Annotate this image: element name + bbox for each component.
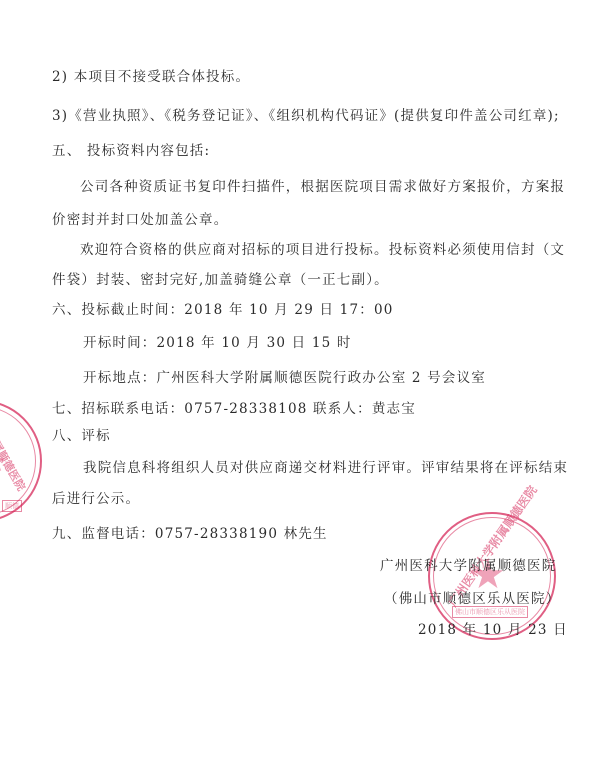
left-seal-label: 顺德 [2,500,22,512]
paragraph-3-line-2: 后进行公示。 [52,489,140,509]
signature-date: 2018 年 10 月 23 日 [418,620,568,640]
opening-place: 开标地点：广州医科大学附属顺德医院行政办公室 2 号会议室 [83,368,486,388]
left-seal-star-icon: ★ [0,445,7,478]
opening-time: 开标时间：2018 年 10 月 30 日 15 时 [83,333,352,353]
signature-org-alias: （佛山市顺德区乐从医院） [384,589,560,609]
section-9-supervision: 九、监督电话：0757-28338190 林先生 [52,524,328,544]
section-5-heading: 五、 投标资料内容包括: [52,141,210,161]
paragraph-1-line-2: 价密封并封口处加盖公章。 [52,210,228,230]
paragraph-1-line-1: 公司各种资质证书复印件扫描件，根据医院项目需求做好方案报价，方案报 [80,177,565,197]
section-6-deadline: 六、投标截止时间：2018 年 10 月 29 日 17：00 [52,300,394,320]
item-3: 3)《营业执照》、《税务登记证》、《组织机构代码证》(提供复印件盖公司红章); [52,106,560,126]
paragraph-3-line-1: 我院信息科将组织人员对供应商递交材料进行评审。评审结果将在评标结束 [83,458,568,478]
section-7-contact: 七、招标联系电话：0757-28338108 联系人：黄志宝 [52,399,416,419]
section-8-heading: 八、评标 [52,426,111,446]
item-2: 2) 本项目不接受联合体投标。 [52,67,250,87]
paragraph-2-line-1: 欢迎符合资格的供应商对招标的项目进行投标。投标资料必须使用信封（文 [80,240,565,260]
signature-org: 广州医科大学附属顺德医院 [380,556,556,576]
paragraph-2-line-2: 件袋）封装、密封完好,加盖骑缝公章（一正七副）。 [52,270,389,290]
